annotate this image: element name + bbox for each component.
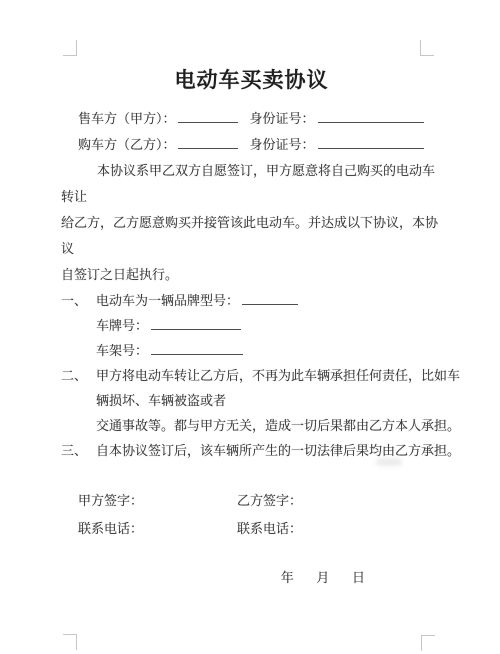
phone-row: 联系电话： 联系电话： <box>61 515 442 543</box>
signature-section: 甲方签字： 乙方签字： 联系电话： 联系电话： <box>61 487 442 543</box>
buyer-row: 购车方（乙方）：身份证号： <box>61 132 442 158</box>
seller-row: 售车方（甲方）：身份证号： <box>61 106 442 132</box>
seller-name-blank <box>178 111 238 123</box>
intro-line: 给乙方，乙方愿意购买并接管该此电动车。并达成以下协议，本协议 <box>61 210 442 262</box>
clause-1: 一、 电动车为一辆品牌型号： 车牌号： 车架号： <box>61 288 442 363</box>
seller-id-blank <box>318 111 424 123</box>
clause-2-line-2: 辆损坏、车辆被盗或者 <box>61 388 442 413</box>
crop-mark-bottom-left <box>63 634 77 650</box>
frame-number-line: 车架号： <box>61 338 442 363</box>
clause-1-heading: 电动车为一辆品牌型号： <box>96 288 442 313</box>
seller-id-label: 身份证号： <box>250 111 315 126</box>
party-a-sign-label: 甲方签字： <box>78 487 237 515</box>
model-blank <box>242 293 298 305</box>
intro-line: 自签订之日起执行。 <box>61 262 442 288</box>
plate-blank <box>151 318 241 330</box>
clause-1-heading-line: 一、 电动车为一辆品牌型号： <box>61 288 442 313</box>
signature-row: 甲方签字： 乙方签字： <box>61 487 442 515</box>
clause-2-line-1: 二、 甲方将电动车转让乙方后，不再为此车辆承担任何责任，比如车 <box>61 363 442 388</box>
clause-2: 二、 甲方将电动车转让乙方后，不再为此车辆承担任何责任，比如车 辆损坏、车辆被盗… <box>61 363 442 438</box>
page-title: 电动车买卖协议 <box>61 0 442 94</box>
date-line: 年 月 日 <box>61 565 442 591</box>
document-body: 电动车买卖协议 售车方（甲方）：身份证号： 购车方（乙方）：身份证号： 本协议系… <box>0 0 500 591</box>
party-info-section: 售车方（甲方）：身份证号： 购车方（乙方）：身份证号： <box>61 106 442 158</box>
clause-1-heading-text: 电动车为一辆品牌型号： <box>96 293 239 308</box>
clause-2-text-1: 甲方将电动车转让乙方后，不再为此车辆承担任何责任，比如车 <box>96 363 460 388</box>
buyer-label: 购车方（乙方）： <box>78 137 176 152</box>
plate-label: 车牌号： <box>96 318 148 333</box>
clause-2-marker: 二、 <box>61 363 96 388</box>
intro-line: 本协议系甲乙双方自愿签订，甲方愿意将自己购买的电动车转让 <box>61 158 442 210</box>
clause-2-line-3: 交通事故等。都与甲方无关，造成一切后果都由乙方本人承担。 <box>61 413 442 438</box>
crop-mark-top-right <box>420 40 434 56</box>
seller-label: 售车方（甲方）： <box>78 111 176 126</box>
scan-smudge <box>376 458 402 466</box>
frame-label: 车架号： <box>96 343 148 358</box>
year-label: 年 <box>281 565 294 591</box>
intro-paragraph: 本协议系甲乙双方自愿签订，甲方愿意将自己购买的电动车转让 给乙方，乙方愿意购买并… <box>61 158 442 288</box>
party-b-sign-label: 乙方签字： <box>237 487 302 515</box>
clause-1-marker: 一、 <box>61 288 96 313</box>
buyer-id-blank <box>318 137 424 149</box>
frame-blank <box>151 343 243 355</box>
party-a-phone-label: 联系电话： <box>78 515 237 543</box>
crop-mark-top-left <box>63 40 77 56</box>
clause-3-marker: 三、 <box>61 438 96 463</box>
crop-mark-bottom-right <box>421 635 435 651</box>
day-label: 日 <box>352 565 365 591</box>
buyer-name-blank <box>178 137 238 149</box>
buyer-id-label: 身份证号： <box>250 137 315 152</box>
scanned-agreement-page: 电动车买卖协议 售车方（甲方）：身份证号： 购车方（乙方）：身份证号： 本协议系… <box>0 0 500 654</box>
plate-number-line: 车牌号： <box>61 313 442 338</box>
clause-3-text: 自本协议签订后，该车辆所产生的一切法律后果均由乙方承担。 <box>96 438 460 463</box>
party-b-phone-label: 联系电话： <box>237 515 302 543</box>
month-label: 月 <box>316 565 329 591</box>
